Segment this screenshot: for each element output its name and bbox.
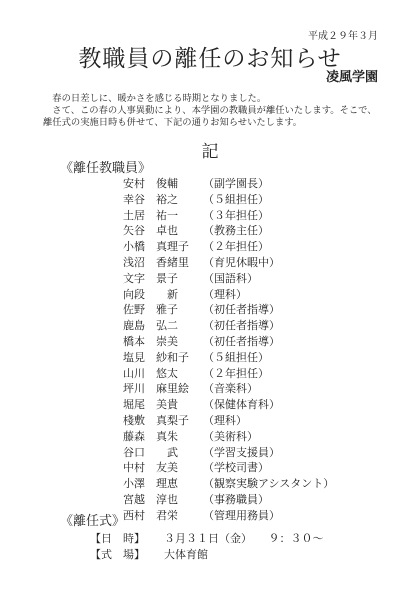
staff-name: 西村 君栄 [123,508,203,524]
staff-name: 藤森 真朱 [123,429,203,445]
staff-name: 堀尾 美貴 [123,397,203,413]
staff-row: 小橋 真理子（２年担任） [123,239,334,255]
staff-row: 坪川 麻里絵（音楽科） [123,381,334,397]
staff-name: 山川 悠太 [123,366,203,382]
staff-name: 中村 友美 [123,460,203,476]
staff-name: 幸谷 裕之 [123,192,203,208]
staff-row: 山川 悠太（２年担任） [123,366,334,382]
ceremony-datetime: 【日 時】 ３月３１日（金） ９：３０～ [90,530,324,546]
staff-role: （５組担任） [203,192,269,208]
staff-row: 佐野 雅子（初任者指導） [123,302,334,318]
staff-list: 安村 俊輔（副学園長） 幸谷 裕之（５組担任） 土居 祐一（３年担任） 矢谷 卓… [123,176,334,524]
staff-role: （学習支援員） [203,445,280,461]
staff-row: 堀尾 美貴（保健体育科） [123,397,334,413]
intro-text: 春の日差しに、暖かさを感じる時期となりました。 さて、この春の人事異動により、本… [43,93,383,129]
staff-row: 安村 俊輔（副学園長） [123,176,334,192]
intro-paragraph-2: さて、この春の人事異動により、本学園の教職員が離任いたします。そこで、離任式の実… [43,105,383,129]
staff-role: （初任者指導） [203,302,280,318]
ceremony-venue: 【式 場】 大体育館 [90,546,208,562]
staff-role: （育児休暇中） [203,255,280,271]
staff-name: 棧敷 真梨子 [123,413,203,429]
staff-name: 塩見 紗和子 [123,350,203,366]
staff-name: 小橋 真理子 [123,239,203,255]
staff-role: （理科） [203,413,247,429]
staff-role: （５組担任） [203,350,269,366]
intro-paragraph-1: 春の日差しに、暖かさを感じる時期となりました。 [43,93,383,105]
staff-role: （音楽科） [203,381,258,397]
staff-role: （保健体育科） [203,397,280,413]
staff-role: （教務主任） [203,223,269,239]
staff-row: 藤森 真朱（美術科） [123,429,334,445]
ceremony-section-heading: 《離任式》 [60,510,125,529]
staff-name: 矢谷 卓也 [123,223,203,239]
school-name: 凌風学園 [326,66,378,85]
staff-row: 矢谷 卓也（教務主任） [123,223,334,239]
datetime-value: ３月３１日（金） ９：３０～ [164,530,324,546]
venue-value: 大体育館 [164,546,208,562]
staff-name: 橋本 崇美 [123,334,203,350]
staff-row: 宮越 淳也（事務職員） [123,492,334,508]
staff-role: （２年担任） [203,239,269,255]
staff-name: 向段 新 [123,287,203,303]
staff-row: 土居 祐一（３年担任） [123,208,334,224]
staff-role: （管理用務員） [203,508,280,524]
staff-row: 小澤 理恵（観察実験アシスタント） [123,476,334,492]
staff-name: 文字 景子 [123,271,203,287]
staff-row: 西村 君栄（管理用務員） [123,508,334,524]
staff-row: 塩見 紗和子（５組担任） [123,350,334,366]
staff-row: 橋本 崇美（初任者指導） [123,334,334,350]
staff-row: 浅沼 香緒里（育児休暇中） [123,255,334,271]
staff-role: （初任者指導） [203,334,280,350]
staff-row: 向段 新（理科） [123,287,334,303]
staff-section-heading: 《離任教職員》 [60,157,151,176]
staff-name: 佐野 雅子 [123,302,203,318]
staff-name: 坪川 麻里絵 [123,381,203,397]
staff-row: 鹿島 弘二（初任者指導） [123,318,334,334]
staff-role: （事務職員） [203,492,269,508]
staff-row: 文字 景子（国語科） [123,271,334,287]
staff-row: 幸谷 裕之（５組担任） [123,192,334,208]
datetime-label: 【日 時】 [90,530,164,546]
staff-row: 棧敷 真梨子（理科） [123,413,334,429]
staff-name: 谷口 武 [123,445,203,461]
staff-name: 安村 俊輔 [123,176,203,192]
staff-role: （美術科） [203,429,258,445]
staff-role: （２年担任） [203,366,269,382]
staff-role: （観察実験アシスタント） [203,476,334,492]
staff-name: 宮越 淳也 [123,492,203,508]
staff-role: （理科） [203,287,247,303]
staff-row: 中村 友美（学校司書） [123,460,334,476]
staff-role: （学校司書） [203,460,269,476]
staff-role: （初任者指導） [203,318,280,334]
staff-name: 浅沼 香緒里 [123,255,203,271]
staff-role: （国語科） [203,271,258,287]
staff-row: 谷口 武（学習支援員） [123,445,334,461]
venue-label: 【式 場】 [90,546,164,562]
staff-role: （３年担任） [203,208,269,224]
staff-name: 鹿島 弘二 [123,318,203,334]
staff-role: （副学園長） [203,176,269,192]
staff-name: 土居 祐一 [123,208,203,224]
staff-name: 小澤 理恵 [123,476,203,492]
